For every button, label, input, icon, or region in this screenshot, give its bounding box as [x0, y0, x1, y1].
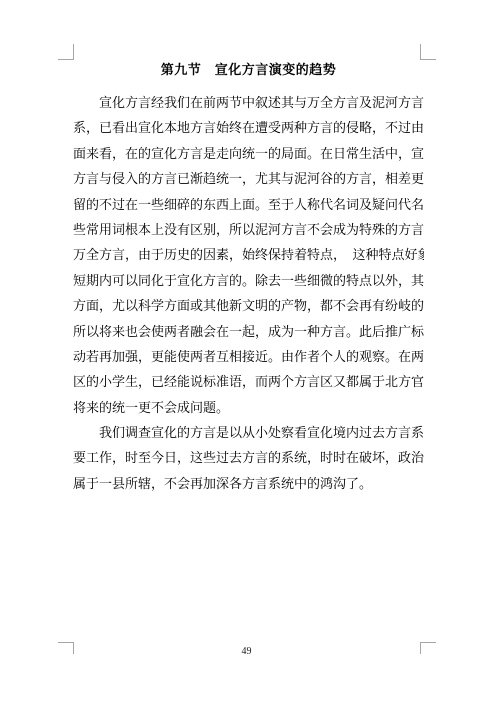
- text-line: 我们调查宣化的方言是以从小处察看宣化境内过去方言系统为主: [73, 420, 424, 445]
- crop-mark-top-left: [58, 44, 74, 60]
- document-content: 第九节 宣化方言演变的趋势 宣化方言经我们在前两节中叙述其与万全方言及泥河方言的…: [73, 57, 424, 496]
- page-number: 49: [0, 645, 493, 658]
- text-line: 要工作，时至今日，这些过去方言的系统，时时在破坏，政治上既已: [73, 445, 424, 470]
- text-line: 区的小学生，已经能说标准语，而两个方言区又都属于北方官话区，: [73, 369, 424, 394]
- text-line: 将来的统一更不会成问题。: [73, 395, 424, 420]
- document-body: 宣化方言经我们在前两节中叙述其与万全方言及泥河方言的关系，已看出宣化本地方言始终…: [73, 90, 424, 496]
- section-title: 第九节 宣化方言演变的趋势: [73, 57, 424, 83]
- text-line: 所以将来也会使两者融会在一起，成为一种方言。此后推广标准语运: [73, 319, 424, 344]
- text-line: 留的不过在一些细碎的东西上面。至于人称代名词及疑问代名词等一: [73, 192, 424, 217]
- document-page: 第九节 宣化方言演变的趋势 宣化方言经我们在前两节中叙述其与万全方言及泥河方言的…: [0, 0, 493, 701]
- text-line: 方言与侵入的方言已渐趋统一，尤其与泥河谷的方言，相差更少，保: [73, 166, 424, 191]
- text-line: 面来看，在的宣化方言是走向统一的局面。在日常生活中，宣化本地: [73, 141, 424, 166]
- text-line: 动若再加强，更能使两者互相接近。由作者个人的观察。在两个方言: [73, 344, 424, 369]
- text-line: 系，已看出宣化本地方言始终在遭受两种方言的侵略，不过由大的方: [73, 115, 424, 140]
- text-line: 些常用词根本上没有区别，所以泥河方言不会成为特殊的方言。只有: [73, 217, 424, 242]
- paragraph: 宣化方言经我们在前两节中叙述其与万全方言及泥河方言的关系，已看出宣化本地方言始终…: [73, 90, 424, 420]
- text-line: 短期内可以同化于宣化方言的。除去一些细微的特点以外，其他大的: [73, 268, 424, 293]
- text-line: 属于一县所辖，不会再加深各方言系统中的鸿沟了。: [73, 471, 424, 496]
- text-line: 宣化方言经我们在前两节中叙述其与万全方言及泥河方言的关: [73, 90, 424, 115]
- paragraph: 我们调查宣化的方言是以从小处察看宣化境内过去方言系统为主要工作，时至今日，这些过…: [73, 420, 424, 496]
- text-line: 万全方言，由于历史的因素，始终保持着特点， 这种特点好象不是: [73, 242, 424, 267]
- text-line: 方面，尤以科学方面或其他新文明的产物，都不会再有纷岐的情形，: [73, 293, 424, 318]
